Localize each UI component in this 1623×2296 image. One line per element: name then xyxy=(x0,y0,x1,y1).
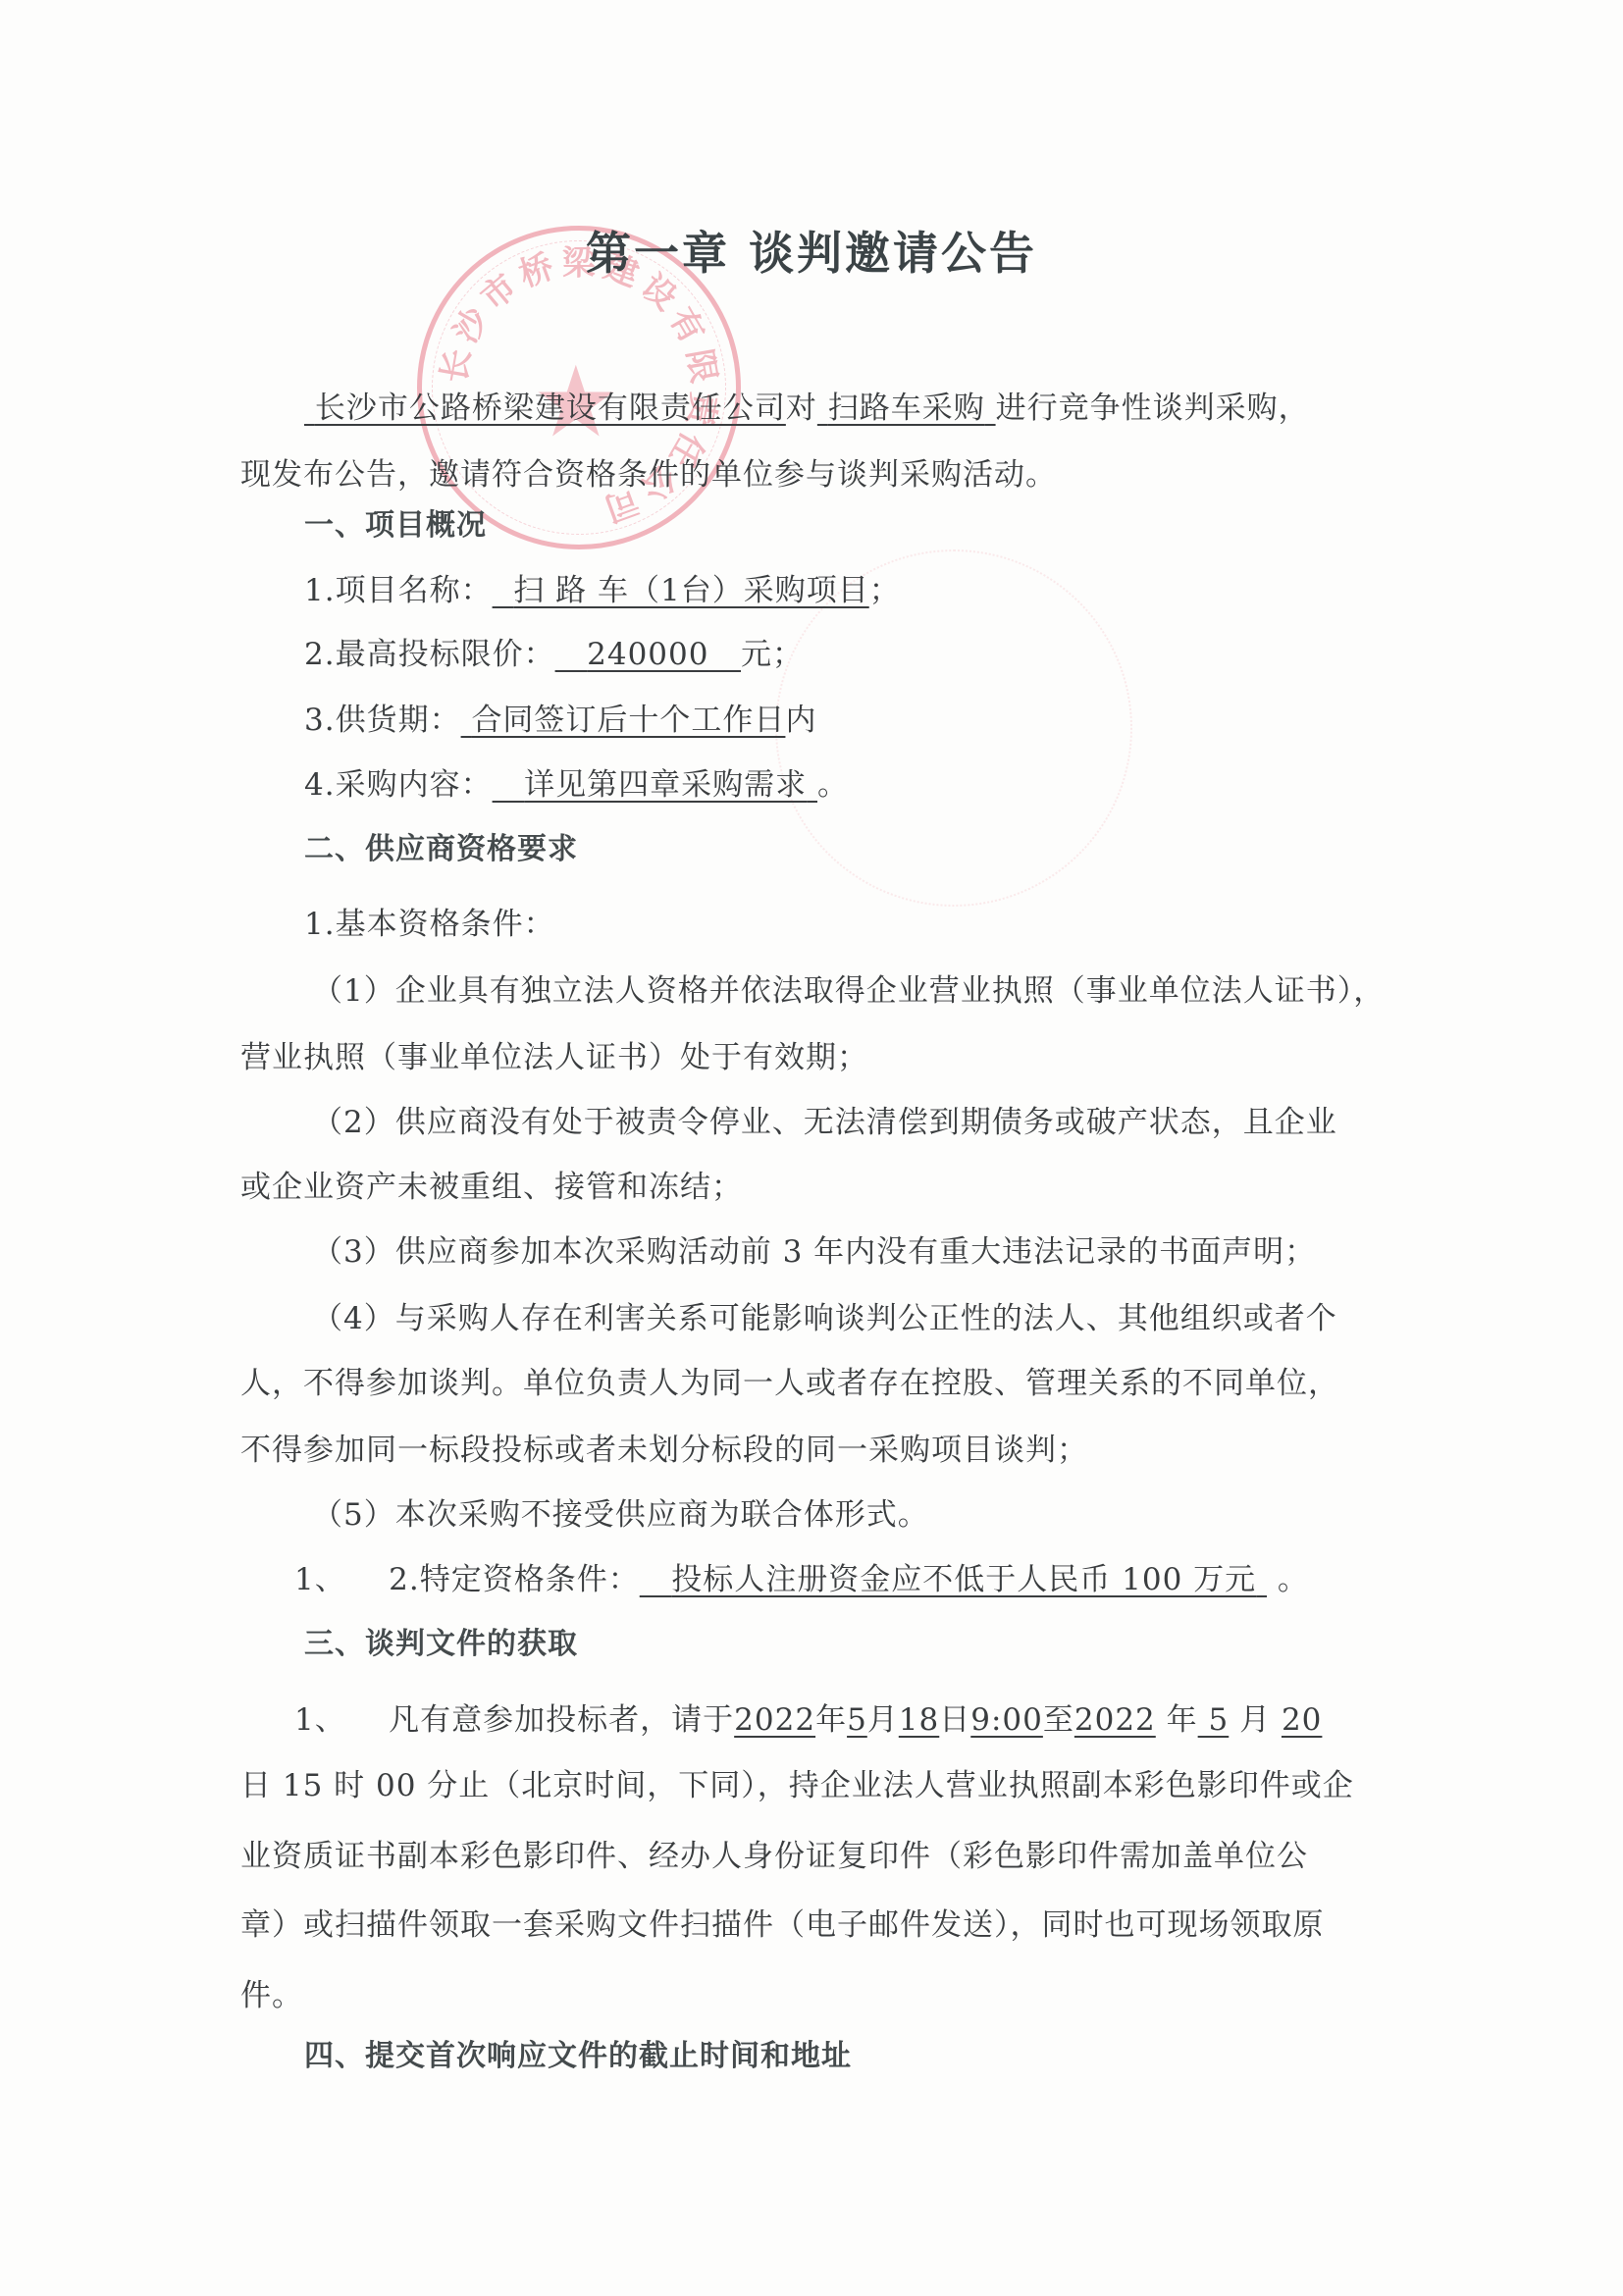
purchaser-text: 长沙市公路桥梁建设有限责任公司 xyxy=(315,391,786,426)
intro-line1-rest: 进行竞争性谈判采购， xyxy=(996,391,1310,426)
section-heading-2: 二、供应商资格要求 xyxy=(304,830,578,869)
item-suffix: ； xyxy=(869,573,901,608)
day-label: 日 xyxy=(939,1702,970,1738)
section-heading-4: 四、提交首次响应文件的截止时间和地址 xyxy=(304,2037,852,2076)
year-label: 年 xyxy=(1167,1702,1198,1738)
section-heading-1: 一、项目概况 xyxy=(304,506,487,546)
item-suffix: 元； xyxy=(741,637,804,672)
intro-connector: 对 xyxy=(786,391,817,426)
overview-item-4: 4.采购内容： 详见第四章采购需求 。 xyxy=(304,765,849,805)
item-value: 240000 xyxy=(555,637,741,672)
condition-4-line-2: 人，不得参加谈判。单位负责人为同一人或者存在控股、管理关系的不同单位， xyxy=(240,1364,1339,1403)
para-prefix: 1、 xyxy=(294,1702,346,1738)
acquisition-line-5: 件。 xyxy=(240,1976,303,2015)
end-day: 20 xyxy=(1282,1702,1322,1738)
month-label: 月 xyxy=(867,1702,899,1738)
condition-2-line-1: （2）供应商没有处于被责令停业、无法清偿到期债务或破产状态，且企业 xyxy=(312,1103,1337,1142)
special-prefix: 1、 xyxy=(294,1562,346,1597)
overview-item-3: 3.供货期： 合同签订后十个工作日内 xyxy=(304,701,816,740)
condition-1-line-1: （1）企业具有独立法人资格并依法取得企业营业执照（事业单位法人证书）， xyxy=(312,971,1385,1011)
page-title: 第一章 谈判邀请公告 xyxy=(0,218,1623,283)
item-label: 2.最高投标限价： xyxy=(304,637,555,672)
condition-4-line-1: （4）与采购人存在利害关系可能影响谈判公正性的法人、其他组织或者个 xyxy=(312,1299,1337,1338)
to-label: 至 xyxy=(1043,1702,1074,1738)
intro-line-1: 长沙市公路桥梁建设有限责任公司对 扫路车采购 进行竞争性谈判采购， xyxy=(304,389,1310,428)
intro-line-2: 现发布公告，邀请符合资格条件的单位参与谈判采购活动。 xyxy=(240,455,1057,495)
para-lead: 凡有意参加投标者，请于 xyxy=(389,1702,734,1738)
special-value: 投标人注册资金应不低于人民币 100 万元 xyxy=(640,1562,1267,1597)
basic-qualification-label: 1.基本资格条件： xyxy=(304,905,555,944)
condition-5: （5）本次采购不接受供应商为联合体形式。 xyxy=(312,1495,929,1535)
project-text: 扫路车采购 xyxy=(828,391,985,426)
item-value: 扫 路 车（1台）采购项目 xyxy=(493,573,869,608)
condition-3: （3）供应商参加本次采购活动前 3 年内没有重大违法记录的书面声明； xyxy=(312,1232,1316,1272)
item-label: 3.供货期： xyxy=(304,703,461,738)
item-value-text: 详见第四章采购需求 xyxy=(524,767,807,803)
condition-4-line-3: 不得参加同一标段投标或者未划分标段的同一采购项目谈判； xyxy=(240,1431,1088,1470)
acquisition-line-3: 业资质证书副本彩色影印件、经办人身份证复印件（彩色影印件需加盖单位公 xyxy=(240,1837,1308,1876)
item-value-text: 240000 xyxy=(587,637,708,672)
item-value-text: 合同签订后十个工作日 xyxy=(471,703,785,738)
item-label: 1.项目名称： xyxy=(304,573,493,608)
start-time: 9:00 xyxy=(970,1702,1043,1738)
start-year: 2022 xyxy=(734,1702,815,1738)
end-year: 2022 xyxy=(1074,1702,1156,1738)
item-value: 合同签订后十个工作日 xyxy=(461,703,786,738)
item-value-text: 扫 路 车（1台）采购项目 xyxy=(513,573,868,608)
project-name: 扫路车采购 xyxy=(817,391,996,426)
special-value-text: 投标人注册资金应不低于人民币 100 万元 xyxy=(671,1562,1256,1597)
document-page: ★ 长 沙 市 桥 梁 建 设 有 限 责 任 公 司 第一章 谈判邀请公告 长… xyxy=(0,0,1623,2296)
item-suffix: 内 xyxy=(785,703,816,738)
special-qualification: 1、 2.特定资格条件： 投标人注册资金应不低于人民币 100 万元 。 xyxy=(294,1560,1309,1599)
end-month: 5 xyxy=(1198,1702,1230,1738)
start-month: 5 xyxy=(847,1702,867,1738)
condition-1-line-2: 营业执照（事业单位法人证书）处于有效期； xyxy=(240,1038,868,1077)
acquisition-line-2: 日 15 时 00 分止（北京时间，下同），持企业法人营业执照副本彩色影印件或企 xyxy=(240,1766,1354,1805)
month-label: 月 xyxy=(1239,1702,1271,1738)
condition-2-line-2: 或企业资产未被重组、接管和冻结； xyxy=(240,1168,743,1207)
item-label: 4.采购内容： xyxy=(304,767,493,803)
acquisition-line-4: 章）或扫描件领取一套采购文件扫描件（电子邮件发送），同时也可现场领取原 xyxy=(240,1905,1325,1945)
item-suffix: 。 xyxy=(817,767,849,803)
overview-item-1: 1.项目名称： 扫 路 车（1台）采购项目； xyxy=(304,571,901,610)
start-day: 18 xyxy=(899,1702,939,1738)
end-month-text: 5 xyxy=(1209,1702,1230,1738)
section-heading-3: 三、谈判文件的获取 xyxy=(304,1625,578,1664)
year-label: 年 xyxy=(815,1702,847,1738)
item-value: 详见第四章采购需求 xyxy=(493,767,817,803)
special-label: 2.特定资格条件： xyxy=(389,1562,640,1597)
overview-item-2: 2.最高投标限价： 240000 元； xyxy=(304,635,804,674)
special-suffix: 。 xyxy=(1278,1562,1309,1597)
acquisition-line-1: 1、 凡有意参加投标者，请于2022年5月18日9:00至2022 年 5 月 … xyxy=(294,1700,1322,1740)
purchaser-name: 长沙市公路桥梁建设有限责任公司 xyxy=(304,391,786,426)
